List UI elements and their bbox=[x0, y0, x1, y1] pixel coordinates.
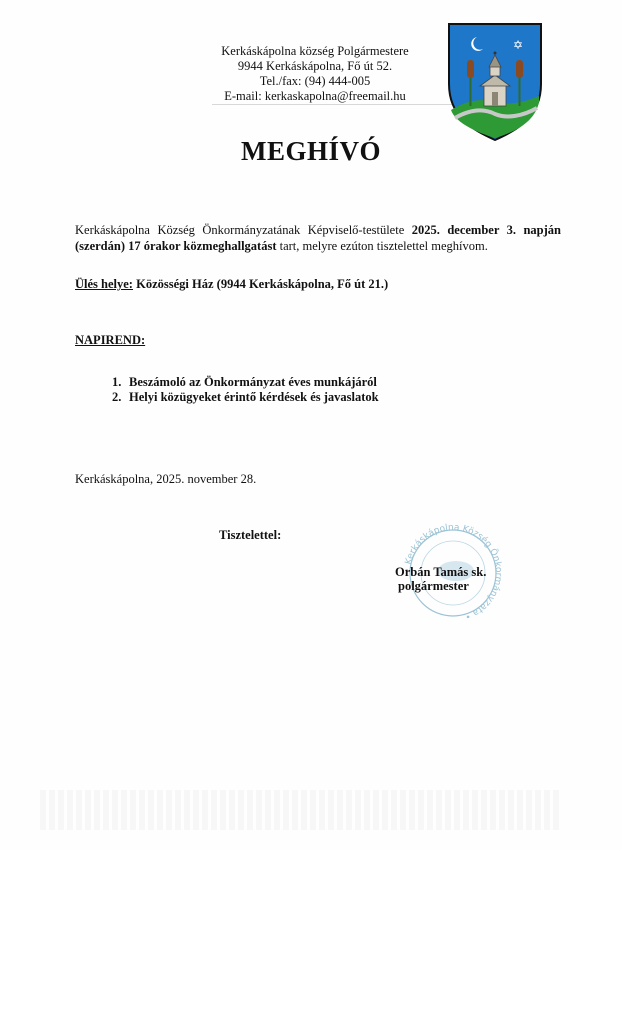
agenda-item-text: Helyi közügyeket érintő kérdések és java… bbox=[129, 390, 379, 404]
document-title: MEGHÍVÓ bbox=[0, 136, 622, 167]
agenda-list: 1.Beszámoló az Önkormányzat éves munkájá… bbox=[112, 375, 379, 405]
venue-value: Közösségi Ház (9944 Kerkáskápolna, Fő út… bbox=[133, 277, 388, 291]
venue-line: Ülés helye: Közösségi Ház (9944 Kerkáská… bbox=[75, 277, 388, 292]
header-divider bbox=[212, 104, 452, 105]
document-page: Kerkáskápolna község Polgármestere 9944 … bbox=[0, 0, 622, 850]
letterhead-line: Tel./fax: (94) 444-005 bbox=[180, 74, 450, 89]
svg-text:✡: ✡ bbox=[513, 38, 523, 52]
scan-bleed-through bbox=[40, 790, 560, 830]
signatory-role: polgármester bbox=[395, 579, 486, 593]
invitation-text-end: tart, melyre ezúton tisztelettel meghívo… bbox=[276, 239, 487, 253]
agenda-item: 1.Beszámoló az Önkormányzat éves munkájá… bbox=[112, 375, 379, 390]
letterhead-email: E-mail: kerkaskapolna@freemail.hu bbox=[180, 89, 450, 104]
letterhead: Kerkáskápolna község Polgármestere 9944 … bbox=[180, 44, 450, 104]
agenda-item: 2.Helyi közügyeket érintő kérdések és ja… bbox=[112, 390, 379, 405]
invitation-text: Kerkáskápolna Község Önkormányzatának Ké… bbox=[75, 223, 412, 237]
venue-label: Ülés helye: bbox=[75, 277, 133, 291]
letterhead-line: 9944 Kerkáskápolna, Fő út 52. bbox=[180, 59, 450, 74]
agenda-item-number: 2. bbox=[112, 390, 129, 405]
letterhead-line: Kerkáskápolna község Polgármestere bbox=[180, 44, 450, 59]
agenda-heading: NAPIREND: bbox=[75, 333, 145, 348]
closing-salutation: Tisztelettel: bbox=[219, 528, 281, 543]
place-date: Kerkáskápolna, 2025. november 28. bbox=[75, 472, 256, 487]
agenda-item-text: Beszámoló az Önkormányzat éves munkájáró… bbox=[129, 375, 377, 389]
coat-of-arms-icon: ✡ bbox=[447, 22, 543, 142]
invitation-paragraph: Kerkáskápolna Község Önkormányzatának Ké… bbox=[75, 222, 561, 254]
signatory-name: Orbán Tamás sk. bbox=[395, 565, 486, 579]
signature-block: Orbán Tamás sk. polgármester bbox=[395, 565, 486, 593]
agenda-item-number: 1. bbox=[112, 375, 129, 390]
